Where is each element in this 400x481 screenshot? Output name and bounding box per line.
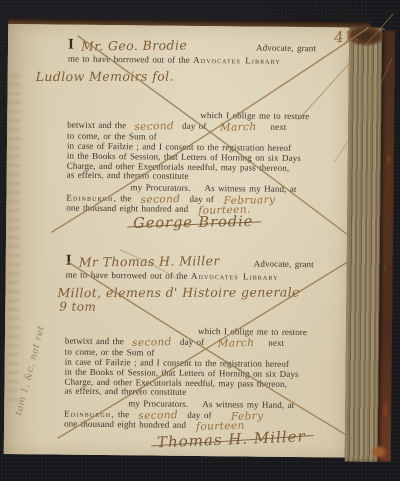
borrower-signature: Thomas H. Miller	[156, 427, 305, 451]
witness-text: As witness my Hand, at	[202, 399, 294, 410]
borrower-name: Mr. Geo. Brodie	[81, 37, 256, 54]
signature-line: George Brodie	[66, 213, 320, 236]
photo-background: I Mr. Geo. Brodie Advocate, grant me to …	[0, 0, 400, 481]
procurators-text: my Procurators.	[128, 398, 188, 409]
year-text: one thousand eight hundred and	[64, 419, 186, 430]
borrowed-from-line: me to have borrowed out of the Advocates…	[66, 270, 320, 283]
day-of-text: day of	[187, 410, 211, 420]
failzie-line-4: as effeirs, and thereto constitute	[64, 386, 318, 399]
next-text: next	[268, 338, 284, 348]
borrower-signature: George Brodie	[133, 214, 253, 232]
failzie-line-4: as effeirs, and thereto constitute	[67, 170, 321, 183]
betwixt-text: betwixt and the	[67, 120, 126, 131]
advocates-library-label: Advocates Library	[193, 55, 281, 66]
signature-line: Thomas H. Miller	[108, 429, 354, 452]
borrowed-text: me to have borrowed out of the	[68, 54, 190, 65]
the-text: the	[118, 409, 129, 419]
the-text: the	[120, 193, 131, 203]
book-title: Ludlow Memoirs fol.	[36, 68, 290, 84]
betwixt-text: betwixt and the	[65, 336, 124, 347]
register-page: I Mr. Geo. Brodie Advocate, grant me to …	[4, 24, 349, 458]
day-of-text: day of	[189, 194, 213, 204]
advocate-grant-label: Advocate, grant	[254, 259, 320, 270]
borrowed-from-line: me to have borrowed out of the Advocates…	[68, 54, 322, 67]
edinburgh-text: Edinburgh,	[66, 193, 117, 204]
advocate-grant-label: Advocate, grant	[256, 43, 322, 54]
book-volumes: 9 tom	[59, 300, 313, 317]
cover-corner-red	[368, 440, 390, 460]
borrow-entry-miller: I Mr Thomas H. Miller Advocate, grant me…	[6, 252, 347, 256]
next-text: next	[270, 122, 286, 132]
advocates-library-label: Advocates Library	[191, 271, 279, 282]
procurators-text: my Procurators.	[131, 182, 191, 193]
register-book: I Mr. Geo. Brodie Advocate, grant me to …	[0, 0, 400, 481]
day-of-text: day of	[182, 121, 206, 131]
borrow-entry-brodie: I Mr. Geo. Brodie Advocate, grant me to …	[8, 36, 349, 40]
form-initial: I	[68, 40, 74, 50]
edinburgh-text: Edinburgh,	[64, 409, 115, 420]
borrowed-text: me to have borrowed out of the	[66, 270, 188, 281]
form-initial: I	[66, 256, 72, 266]
page-number: 41.	[333, 26, 360, 46]
witness-text: As witness my Hand, at	[204, 183, 296, 194]
book-title: Millot, elemens d' Histoire generale	[57, 284, 311, 300]
borrower-name: Mr Thomas H. Miller	[79, 253, 254, 270]
day-of-text: day of	[180, 337, 204, 347]
